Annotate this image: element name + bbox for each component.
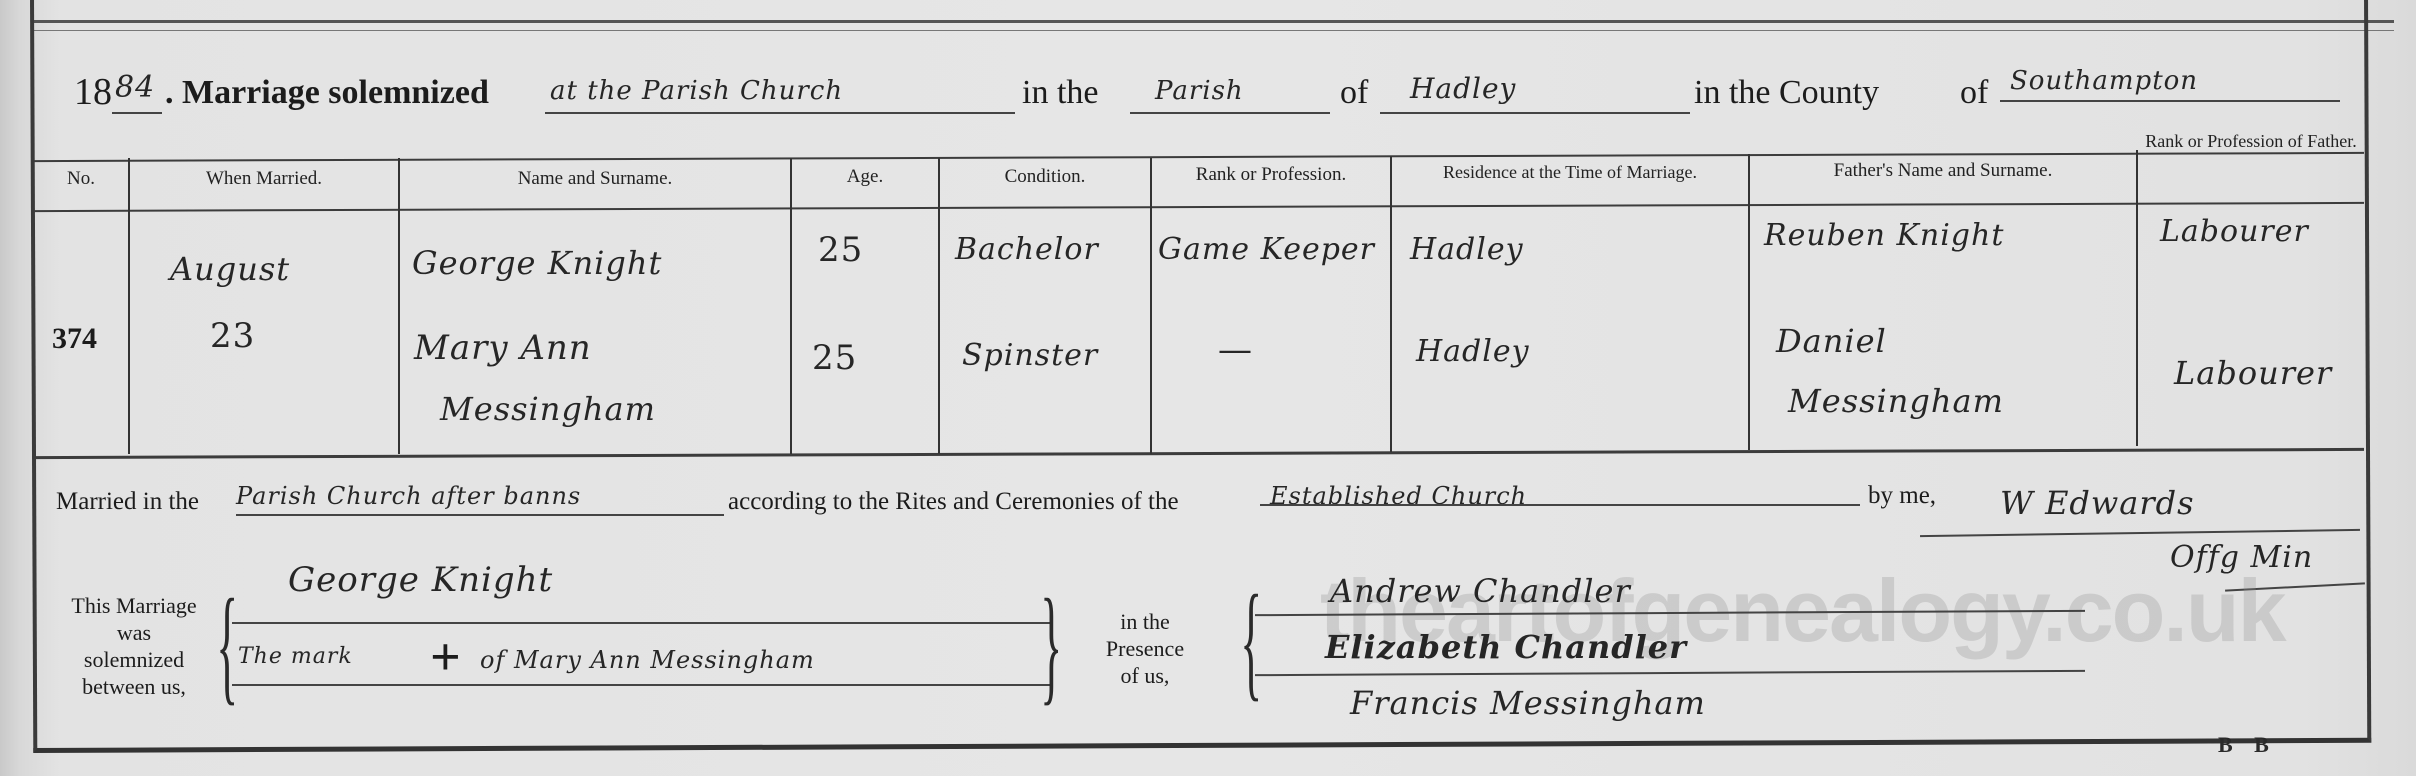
- register-page: 18 84 . Marriage solemnized at the Paris…: [0, 0, 2416, 776]
- column-header-age: Age.: [792, 166, 938, 188]
- witness-signature-3: Francis Messingham: [1350, 684, 1706, 722]
- married-in-value: Parish Church after banns: [236, 482, 581, 510]
- left-brace: {: [216, 580, 238, 710]
- groom-name: George Knight: [412, 244, 662, 282]
- column-header-when-married: When Married.: [130, 168, 398, 190]
- bride-mark-suffix: of Mary Ann Messingham: [480, 646, 815, 674]
- bride-mark-cross: +: [430, 626, 461, 688]
- groom-father-name: Reuben Knight: [1764, 218, 2004, 253]
- bride-condition: Spinster: [962, 338, 1098, 373]
- presence-label: in the Presence of us,: [1090, 608, 1200, 689]
- page-footer-mark: B B: [2218, 732, 2277, 758]
- bride-name-line2: Messingham: [440, 390, 656, 428]
- place-value: Hadley: [1410, 72, 1516, 105]
- between-us-label: This Marriage was solemnized between us,: [48, 592, 220, 700]
- bride-father-name-line2: Messingham: [1788, 382, 2004, 420]
- groom-age: 25: [818, 230, 863, 270]
- right-brace: {: [1040, 580, 1062, 710]
- groom-father-profession: Labourer: [2160, 214, 2309, 249]
- column-header-rank-profession: Rank or Profession.: [1152, 164, 1390, 186]
- married-in-label: Married in the: [56, 488, 199, 516]
- groom-signature: George Knight: [288, 560, 553, 600]
- marriage-month: August: [170, 250, 290, 288]
- marriage-solemnized-label: . Marriage solemnized: [165, 74, 489, 112]
- column-header-no: No.: [34, 168, 128, 190]
- column-header-father-profession: Rank or Profession of Father.: [2138, 130, 2364, 152]
- of-label-2: of: [1960, 74, 1988, 112]
- groom-condition: Bachelor: [955, 232, 1099, 267]
- venue-value: at the Parish Church: [550, 76, 843, 106]
- entry-number: 374: [52, 322, 97, 356]
- county-value: Southampton: [2010, 66, 2198, 96]
- of-label-1: of: [1340, 74, 1368, 112]
- officiant-signature: W Edwards: [2000, 484, 2195, 522]
- in-the-label: in the: [1022, 74, 1098, 112]
- bride-father-name-line1: Daniel: [1776, 322, 1887, 360]
- groom-residence: Hadley: [1410, 232, 1524, 267]
- witness-signature-2: Elizabeth Chandler: [1325, 628, 1687, 666]
- county-label: in the County: [1694, 74, 1879, 112]
- witness-brace: {: [1240, 576, 1262, 706]
- groom-profession: Game Keeper: [1158, 232, 1375, 267]
- year-prefix: 18: [74, 70, 112, 114]
- column-header-father-name: Father's Name and Surname.: [1750, 160, 2136, 182]
- year-suffix: 84: [115, 70, 155, 105]
- bride-father-profession: Labourer: [2174, 354, 2332, 392]
- column-header-name: Name and Surname.: [400, 168, 790, 190]
- by-me-label: by me,: [1868, 482, 1936, 510]
- witness-signature-1: Andrew Chandler: [1330, 572, 1631, 610]
- bride-age: 25: [812, 338, 857, 378]
- district-type-value: Parish: [1155, 76, 1244, 106]
- column-header-condition: Condition.: [940, 166, 1150, 188]
- bride-mark-prefix: The mark: [238, 644, 353, 669]
- bride-residence: Hadley: [1416, 334, 1530, 369]
- column-header-residence: Residence at the Time of Marriage.: [1392, 162, 1748, 183]
- bride-name-line1: Mary Ann: [414, 328, 592, 368]
- according-to-label: according to the Rites and Ceremonies of…: [728, 488, 1179, 516]
- bride-profession: —: [1218, 330, 1253, 370]
- marriage-day: 23: [210, 316, 255, 356]
